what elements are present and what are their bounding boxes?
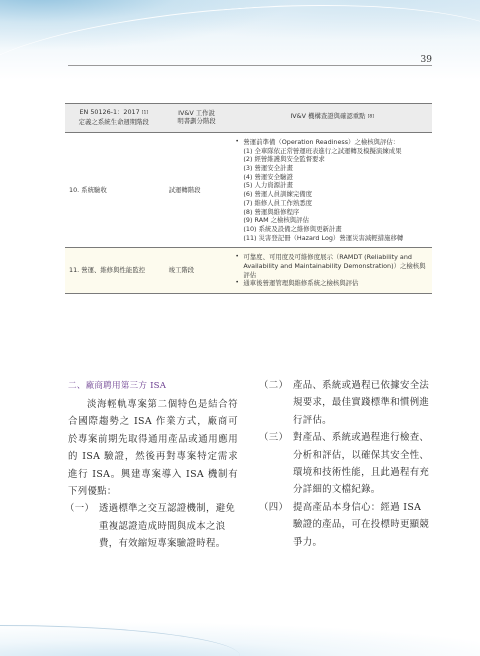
advantage-label: （二）: [259, 377, 288, 394]
header-verification-points: IV&V 機構查證與確認重點 [8]: [232, 104, 432, 133]
subpoint-number: (9): [243, 216, 252, 225]
subpoint-number: (8): [243, 208, 252, 217]
intro-paragraph: 淡海輕軌專案第二個特色是結合符合國際趨勢之 ISA 作業方式，廠商可於專案前期先…: [68, 396, 238, 500]
header-rule: [68, 65, 432, 66]
header-phase-line2: 定義之系統生命週期階段: [79, 118, 149, 126]
subpoint-number: (6): [243, 190, 252, 199]
table-header-row: EN 50126-1：2017 [1] 定義之系統生命週期階段 IV&V 工作說…: [65, 104, 432, 133]
header-points-ref: [8]: [368, 115, 374, 120]
cell-phase: 10. 系統驗收: [65, 132, 161, 247]
subpoints-list: (1) 全車隊依正常營運班表進行之試運轉及模擬演練成果 (2) 經營維護與安全監…: [243, 147, 430, 243]
subpoint-text: 營運與維修程序: [255, 208, 300, 216]
subpoint-number: (5): [243, 181, 252, 190]
subpoint-text: 營運安全計畫: [255, 164, 293, 172]
subpoint-item: (3) 營運安全計畫: [243, 164, 430, 173]
points-list: 可靠度、可用度及可維修度展示（RAMDT (Reliability and Av…: [234, 253, 430, 288]
point-text: 營運前準備（Operation Readiness）之檢核與評估：: [243, 138, 399, 146]
header-ivv-stage: IV&V 工作說 明書劃分階段: [161, 104, 233, 133]
points-list: 營運前準備（Operation Readiness）之檢核與評估： (1) 全車…: [234, 138, 430, 242]
subpoint-text: 維修人員工作熟悉度: [255, 199, 313, 207]
body-column-left: 淡海輕軌專案第二個特色是結合符合國際趨勢之 ISA 作業方式，廠商可於專案前期先…: [68, 396, 238, 553]
advantage-label: （三）: [259, 429, 288, 446]
cell-points: 營運前準備（Operation Readiness）之檢核與評估： (1) 全車…: [232, 132, 432, 247]
subpoint-item: (9) RAM 之檢核與評估: [243, 216, 430, 225]
subpoint-text: 經營維護與安全監督要求: [255, 155, 325, 163]
subpoint-item: (2) 經營維護與安全監督要求: [243, 155, 430, 164]
advantage-item: （一） 透過標準之交互認證機制，避免重複認證造成時間與成本之浪費，有效縮短專案驗…: [68, 500, 238, 552]
advantage-text: 產品、系統或過程已依據安全法規要求，最佳實踐標準和慣例進行評估。: [293, 380, 429, 426]
subpoint-number: (2): [243, 155, 252, 164]
subpoint-number: (1): [243, 147, 252, 156]
table-row: 10. 系統驗收 試運轉階段 營運前準備（Operation Readiness…: [65, 132, 432, 247]
header-stage-line2: 明書劃分階段: [177, 117, 215, 125]
advantage-item: （三） 對產品、系統或過程進行檢查、分析和評估，以確保其安全性、環境和技術性能，…: [262, 429, 434, 499]
header-phase-ref: [1]: [142, 111, 148, 116]
point-item: 通車後營運管理與維修系統之檢核與評估: [234, 279, 430, 288]
advantage-text: 透過標準之交互認證機制，避免重複認證造成時間與成本之浪費，有效縮短專案驗證時程。: [99, 503, 235, 549]
subpoint-item: (11) 災害登記冊（Hazard Log）營運災害減輕措施移轉: [243, 234, 430, 243]
subpoint-number: (7): [243, 199, 252, 208]
subpoint-number: (10): [243, 225, 256, 234]
header-stage-line1: IV&V 工作說: [178, 109, 215, 117]
subpoint-text: 營運安全驗證: [255, 173, 293, 181]
subpoint-text: 災害登記冊（Hazard Log）營運災害減輕措施移轉: [259, 234, 404, 242]
subpoint-item: (5) 人力資源計畫: [243, 181, 430, 190]
advantage-text: 對產品、系統或過程進行檢查、分析和評估，以確保其安全性、環境和技術性能，且此過程…: [293, 432, 429, 495]
table-row: 11. 營運、維修與性能監控 竣工階段 可靠度、可用度及可維修度展示（RAMDT…: [65, 248, 432, 294]
cell-stage: 竣工階段: [161, 248, 233, 294]
subpoint-number: (3): [243, 164, 252, 173]
header-phase-line1: EN 50126-1：2017: [79, 108, 139, 116]
advantage-item: （二） 產品、系統或過程已依據安全法規要求，最佳實踐標準和慣例進行評估。: [262, 377, 434, 429]
subpoint-item: (8) 營運與維修程序: [243, 208, 430, 217]
cell-stage: 試運轉階段: [161, 132, 233, 247]
subpoint-text: 人力資源計畫: [255, 181, 293, 189]
ivv-lifecycle-table: EN 50126-1：2017 [1] 定義之系統生命週期階段 IV&V 工作說…: [65, 103, 432, 294]
subpoint-item: (7) 維修人員工作熟悉度: [243, 199, 430, 208]
subpoint-item: (6) 營運人員訓練完備度: [243, 190, 430, 199]
subpoint-text: 系統及設備之維修與更新計畫: [259, 225, 342, 233]
header-lifecycle-phase: EN 50126-1：2017 [1] 定義之系統生命週期階段: [65, 104, 161, 133]
section-heading: 二、廠商聘用第三方 ISA: [68, 379, 166, 391]
advantage-label: （四）: [259, 499, 288, 516]
subpoint-number: (11): [243, 234, 256, 243]
subpoint-item: (1) 全車隊依正常營運班表進行之試運轉及模擬演練成果: [243, 147, 430, 156]
point-item: 可靠度、可用度及可維修度展示（RAMDT (Reliability and Av…: [234, 253, 430, 279]
subpoint-text: RAM 之檢核與評估: [255, 216, 309, 224]
point-item: 營運前準備（Operation Readiness）之檢核與評估： (1) 全車…: [234, 138, 430, 242]
cell-phase: 11. 營運、維修與性能監控: [65, 248, 161, 294]
subpoint-text: 全車隊依正常營運班表進行之試運轉及模擬演練成果: [255, 147, 402, 155]
advantage-text: 提高產品本身信心：經過 ISA 驗證的產品，可在投標時更顯競爭力。: [293, 502, 429, 548]
body-column-right: （二） 產品、系統或過程已依據安全法規要求，最佳實踐標準和慣例進行評估。 （三）…: [262, 377, 434, 551]
cell-points: 可靠度、可用度及可維修度展示（RAMDT (Reliability and Av…: [232, 248, 432, 294]
subpoint-item: (10) 系統及設備之維修與更新計畫: [243, 225, 430, 234]
page-number: 39: [421, 55, 432, 65]
advantage-item: （四） 提高產品本身信心：經過 ISA 驗證的產品，可在投標時更顯競爭力。: [262, 499, 434, 551]
subpoint-text: 營運人員訓練完備度: [255, 190, 313, 198]
advantage-label: （一）: [65, 500, 94, 517]
header-points-label: IV&V 機構查證與確認重點: [290, 112, 365, 120]
